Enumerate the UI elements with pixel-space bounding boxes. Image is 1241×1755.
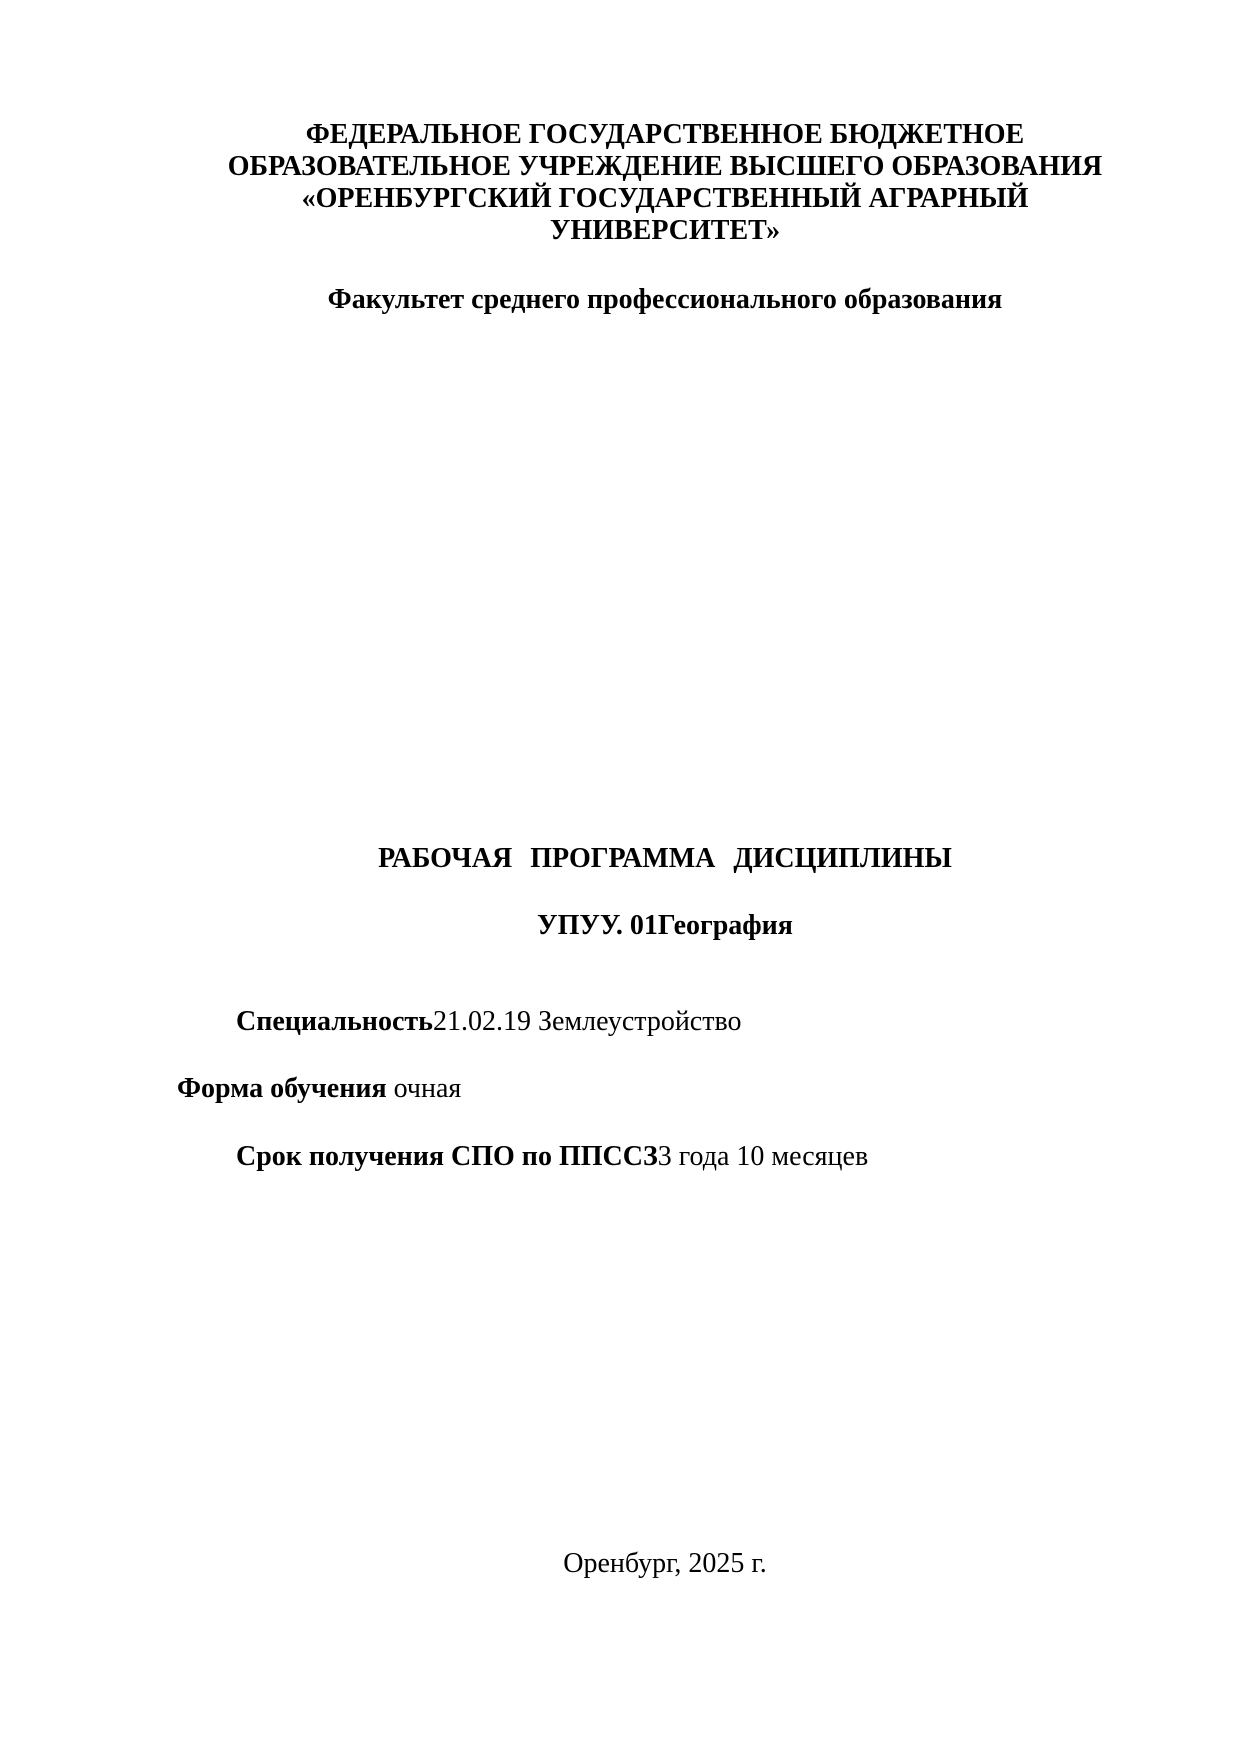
study-term-value: 3 года 10 месяцев	[658, 1141, 868, 1172]
institution-header-line: ОБРАЗОВАТЕЛЬНОЕ УЧРЕЖДЕНИЕ ВЫСШЕГО ОБРАЗ…	[150, 151, 1180, 183]
faculty-name: Факультет среднего профессионального обр…	[150, 284, 1180, 316]
study-form-label: Форма обучения	[177, 1073, 387, 1104]
institution-header-line: УНИВЕРСИТЕТ»	[150, 215, 1180, 247]
document-page: ФЕДЕРАЛЬНОЕ ГОСУДАРСТВЕННОЕ БЮДЖЕТНОЕ ОБ…	[0, 0, 1241, 1755]
study-form-value: очная	[387, 1073, 462, 1104]
study-form-row: Форма обучения очная	[177, 1073, 461, 1105]
institution-header-line: ФЕДЕРАЛЬНОЕ ГОСУДАРСТВЕННОЕ БЮДЖЕТНОЕ	[150, 119, 1180, 151]
city-year-footer: Оренбург, 2025 г.	[150, 1548, 1180, 1580]
study-term-row: Срок получения СПО по ППССЗ3 года 10 мес…	[236, 1141, 868, 1173]
document-title: РАБОЧАЯ ПРОГРАММА ДИСЦИПЛИНЫ	[150, 843, 1180, 875]
specialty-value: 21.02.19 Землеустройство	[433, 1006, 742, 1037]
specialty-row: Специальность21.02.19 Землеустройство	[236, 1006, 742, 1038]
institution-header-line: «ОРЕНБУРГСКИЙ ГОСУДАРСТВЕННЫЙ АГРАРНЫЙ	[150, 183, 1180, 215]
study-term-label: Срок получения СПО по ППССЗ	[236, 1141, 658, 1172]
discipline-name: УПУУ. 01География	[150, 910, 1180, 942]
specialty-label: Специальность	[236, 1006, 433, 1037]
institution-header: ФЕДЕРАЛЬНОЕ ГОСУДАРСТВЕННОЕ БЮДЖЕТНОЕ ОБ…	[150, 119, 1180, 247]
